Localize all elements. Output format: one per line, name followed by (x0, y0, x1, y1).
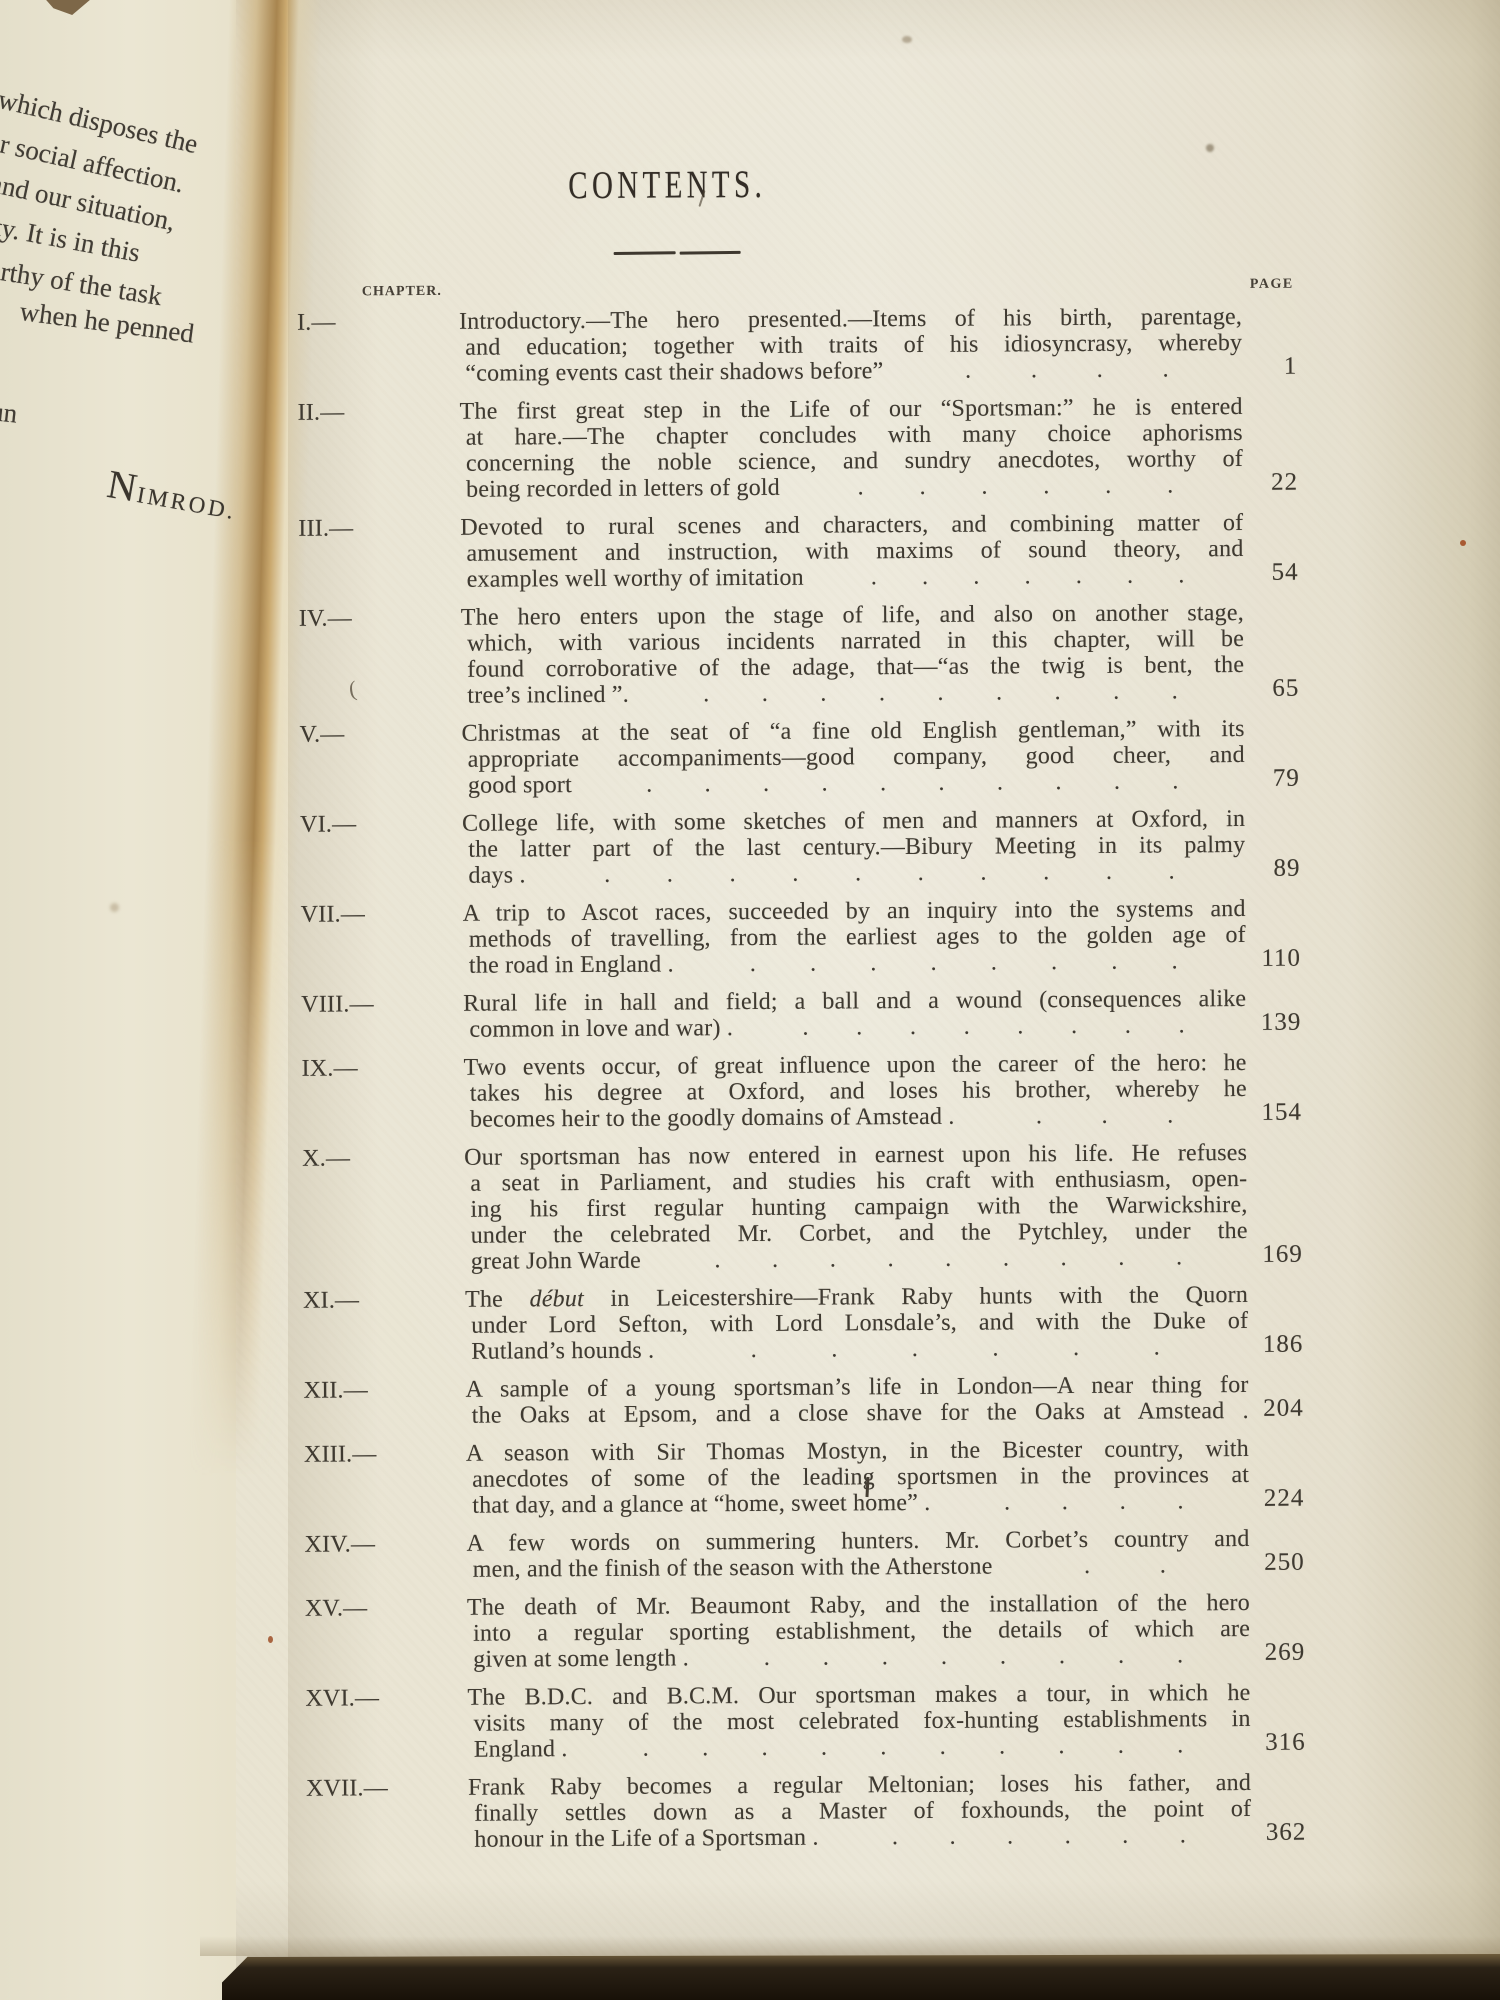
foxing-speck (902, 36, 912, 43)
leader-dot: . (1055, 769, 1061, 795)
entry-line-text: given at some length . (473, 1645, 689, 1672)
leader-dot: . (764, 1645, 770, 1671)
leader-dot: . (1071, 1013, 1077, 1039)
entry-line-text: tree’s inclined ”. (467, 682, 629, 709)
leader-dot: . (1160, 1552, 1166, 1578)
entry-line-text: Rutland’s hounds . (471, 1338, 654, 1365)
leader-dot: . (810, 951, 816, 977)
page-number: 362 (1266, 1819, 1307, 1847)
leader-dot: . (1031, 357, 1037, 383)
leader-dot: . (1076, 563, 1082, 589)
leader-dot: . (981, 474, 987, 500)
leader-dot: . (856, 1014, 862, 1040)
foxing-speck (1206, 144, 1214, 152)
page-number: 110 (1261, 945, 1301, 973)
leader-dot: . (820, 681, 826, 707)
leader-dots: .. (992, 1552, 1249, 1580)
book-scan-page: which disposes theer social affection.an… (0, 0, 1500, 2000)
entry-line: being recorded in letters of gold...... (298, 472, 1243, 504)
leader-dot: . (1105, 473, 1111, 499)
entry-line-text: examples well worthy of imitation (467, 565, 804, 593)
leader-dot: . (1036, 1103, 1042, 1129)
entry-line: Rutland’s hounds ....... (303, 1334, 1248, 1366)
leader-dot: . (1178, 562, 1184, 588)
leader-dot: . (931, 950, 937, 976)
toc-entry: IX.—Two events occur, of great influence… (302, 1050, 1302, 1134)
toc-entry: XV.—The death of Mr. Beaumont Raby, and … (305, 1590, 1305, 1674)
page-number: 54 (1272, 559, 1299, 587)
leader-dot: . (751, 1337, 757, 1363)
leader-dot: . (941, 1644, 947, 1670)
chapter-numeral: XII.— (304, 1377, 466, 1404)
page-number: 186 (1263, 1331, 1304, 1359)
page-number: 154 (1261, 1099, 1302, 1127)
leader-dot: . (1000, 1643, 1006, 1669)
leader-dot: . (702, 1735, 708, 1761)
chapter-numeral: VII.— (301, 901, 463, 928)
leader-dot: . (1062, 1489, 1068, 1515)
leader-dots: ...... (819, 1822, 1252, 1851)
leader-dot: . (792, 861, 798, 887)
chapter-numeral: VIII.— (301, 991, 463, 1018)
leader-dots: .... (930, 1488, 1249, 1516)
toc-entry: XVI.—The B.D.C. and B.C.M. Our sportsman… (305, 1680, 1305, 1764)
page-number: 22 (1271, 469, 1298, 497)
entry-line: given at some length ......... (305, 1642, 1250, 1674)
entry-line-text: England . (474, 1736, 568, 1763)
chapter-numeral: V.— (300, 721, 462, 748)
chapter-numeral: XV.— (305, 1595, 467, 1622)
chapter-numeral: VI.— (300, 811, 462, 838)
toc-entry: V.—Christmas at the seat of “a fine old … (300, 716, 1300, 800)
leader-dot: . (1162, 356, 1168, 382)
entry-line: examples well worthy of imitation....... (299, 562, 1244, 594)
leader-dots: ...... (780, 472, 1243, 501)
chapter-numeral: III.— (298, 515, 460, 542)
toc-entry: VII.—A trip to Ascot races, succeeded by… (301, 896, 1301, 980)
leader-dot: . (991, 949, 997, 975)
leader-dot: . (667, 861, 673, 887)
leader-dot: . (880, 770, 886, 796)
leader-dot: . (830, 1246, 836, 1272)
entry-line-text: good sport (468, 772, 572, 799)
leader-dot: . (703, 681, 709, 707)
entry-line-text: great John Warde (471, 1248, 641, 1275)
entry-line-text: days . (468, 862, 525, 888)
chapter-numeral: XIV.— (304, 1531, 466, 1558)
leader-dot: . (1178, 1012, 1184, 1038)
leader-dot: . (918, 860, 924, 886)
leader-dots: .... (883, 356, 1242, 384)
leader-dots: ... (955, 1102, 1247, 1130)
toc-entry: I.—Introductory.—The hero presented.—Ite… (297, 304, 1297, 388)
leader-dot: . (823, 1645, 829, 1671)
leader-dot: . (821, 1735, 827, 1761)
leader-dot: . (1118, 1245, 1124, 1271)
leader-dot: . (730, 861, 736, 887)
leader-dot: . (1003, 1245, 1009, 1271)
leader-dot: . (910, 1014, 916, 1040)
leader-dot: . (855, 860, 861, 886)
leader-dot: . (912, 1336, 918, 1362)
entry-line: the road in England ......... (301, 948, 1246, 980)
chapter-numeral: IV.— (299, 605, 461, 632)
leader-dots: ........ (689, 1642, 1250, 1671)
leader-dots: ....... (804, 562, 1244, 591)
toc-entry: XI.—The début in Leicestershire—Frank Ra… (303, 1282, 1303, 1366)
leader-dot: . (1043, 473, 1049, 499)
entry-line: great John Warde......... (303, 1244, 1248, 1276)
leader-dot: . (973, 564, 979, 590)
leader-dot: . (965, 358, 971, 384)
toc-entry: III.—Devoted to rural scenes and charact… (298, 510, 1298, 594)
toc-entry: XIII.—A season with Sir Thomas Mostyn, i… (304, 1436, 1304, 1520)
toc-entry: VI.—College life, with some sketches of … (300, 806, 1300, 890)
leader-dot: . (1180, 1822, 1186, 1848)
leader-dot: . (938, 770, 944, 796)
toc-entry: IV.—The hero enters upon the stage of li… (299, 600, 1300, 710)
leader-dot: . (870, 950, 876, 976)
leader-dot: . (1177, 1488, 1183, 1514)
leader-dot: . (880, 1734, 886, 1760)
leader-dots: ......... (629, 678, 1245, 708)
leader-dot: . (882, 1644, 888, 1670)
leader-dot: . (887, 1246, 893, 1272)
entry-line: becomes heir to the goodly domains of Am… (302, 1102, 1247, 1134)
leader-dots: .......... (572, 768, 1245, 798)
page-number: 89 (1273, 855, 1300, 883)
leader-dots: .......... (526, 858, 1246, 888)
leader-dot: . (772, 1247, 778, 1273)
leader-dot: . (1055, 679, 1061, 705)
leader-dot: . (1061, 1245, 1067, 1271)
chapter-numeral: X.— (302, 1145, 464, 1172)
leader-dot: . (1172, 948, 1178, 974)
leader-dot: . (919, 474, 925, 500)
leader-dot: . (1114, 769, 1120, 795)
entry-line: “coming events cast their shadows before… (297, 356, 1242, 388)
leader-dot: . (705, 771, 711, 797)
leader-dot: . (761, 1735, 767, 1761)
chapter-numeral: XI.— (303, 1287, 465, 1314)
chapter-numeral: XVI.— (305, 1685, 467, 1712)
leader-dot: . (1004, 1489, 1010, 1515)
page-number: 316 (1265, 1729, 1306, 1757)
entry-line: honour in the Life of a Sportsman ......… (306, 1822, 1251, 1854)
leader-dot: . (1154, 1335, 1160, 1361)
leader-dot: . (992, 1335, 998, 1361)
leader-dot: . (604, 862, 610, 888)
leader-dot: . (1111, 949, 1117, 975)
foxing-speck (1460, 540, 1466, 546)
leader-dots: .......... (567, 1732, 1250, 1762)
leader-dot: . (1169, 858, 1175, 884)
toc-entry: VIII.—Rural life in hall and field; a ba… (301, 986, 1301, 1044)
toc-entry: II.—The first great step in the Life of … (298, 394, 1299, 504)
leader-dot: . (1073, 1335, 1079, 1361)
chapter-numeral: XVII.— (306, 1775, 468, 1802)
leader-dots: ...... (654, 1334, 1248, 1364)
leader-dots: ........ (733, 1012, 1247, 1041)
leader-dot: . (1167, 472, 1173, 498)
leader-dot: . (1043, 859, 1049, 885)
leader-dots: ........ (674, 948, 1246, 977)
leader-dot: . (1007, 1823, 1013, 1849)
entry-line-text: honour in the Life of a Sportsman . (474, 1825, 818, 1853)
leader-dot: . (996, 679, 1002, 705)
leader-dot: . (763, 771, 769, 797)
leader-dot: . (1122, 1823, 1128, 1849)
foxing-speck (110, 903, 119, 912)
leader-dot: . (1059, 1643, 1065, 1669)
leader-dot: . (1167, 1102, 1173, 1128)
toc-entry: XII.—A sample of a young sportsman’s lif… (304, 1372, 1304, 1430)
entry-line-text: men, and the finish of the season with t… (473, 1554, 993, 1583)
leader-dot: . (1172, 768, 1178, 794)
leader-dot: . (1120, 1489, 1126, 1515)
leader-dot: . (1176, 1244, 1182, 1270)
entry-line: that day, and a glance at “home, sweet h… (304, 1488, 1249, 1520)
leader-dot: . (643, 1736, 649, 1762)
chapter-column-label: CHAPTER. (362, 284, 442, 300)
leader-dot: . (964, 1014, 970, 1040)
page-number: 79 (1273, 765, 1300, 793)
entry-line-text: that day, and a glance at “home, sweet h… (472, 1490, 930, 1519)
entry-line: days ........... (300, 858, 1245, 890)
leader-dot: . (802, 1015, 808, 1041)
leader-dot: . (821, 771, 827, 797)
leader-dot: . (949, 1824, 955, 1850)
toc-entry: XIV.—A few words on summering hunters. M… (304, 1526, 1304, 1584)
leader-dot: . (1097, 357, 1103, 383)
leader-dot: . (1127, 563, 1133, 589)
page-number: 169 (1262, 1241, 1303, 1269)
leader-dot: . (871, 564, 877, 590)
leader-dot: . (714, 1247, 720, 1273)
leader-dot: . (980, 860, 986, 886)
book-bottom-edge (222, 1954, 1500, 2000)
foxing-speck (268, 1636, 273, 1643)
leader-dot: . (858, 474, 864, 500)
entry-line: good sport.......... (300, 768, 1245, 800)
leader-dot: . (1102, 1103, 1108, 1129)
leader-dot: . (1172, 678, 1178, 704)
entry-line-text: common in love and war) . (469, 1015, 733, 1043)
leader-dots: ......... (641, 1244, 1248, 1274)
leader-dot: . (922, 564, 928, 590)
leader-dot: . (1017, 1013, 1023, 1039)
leader-dot: . (1058, 1733, 1064, 1759)
leader-dot: . (1118, 1733, 1124, 1759)
leader-dot: . (1025, 563, 1031, 589)
page-number: 250 (1264, 1549, 1305, 1577)
leader-dot: . (879, 680, 885, 706)
page-title: CONTENTS. (568, 162, 766, 208)
leader-dot: . (999, 1733, 1005, 1759)
leader-dot: . (762, 681, 768, 707)
leader-dot: . (892, 1824, 898, 1850)
chapter-numeral: II.— (298, 399, 460, 426)
chapter-numeral: I.— (297, 309, 459, 336)
leader-dot: . (997, 769, 1003, 795)
page-number: 224 (1264, 1485, 1305, 1513)
title-rule (680, 251, 741, 255)
leader-dot: . (1177, 1732, 1183, 1758)
entry-line: England ........... (306, 1732, 1251, 1764)
page-number: 204 (1263, 1395, 1304, 1423)
page-number: 269 (1265, 1639, 1306, 1667)
leader-dot: . (1113, 679, 1119, 705)
toc-entry: XVII.—Frank Raby becomes a regular Melto… (306, 1770, 1306, 1854)
page-number: 139 (1261, 1009, 1302, 1037)
leader-dot: . (750, 951, 756, 977)
entry-line: tree’s inclined ”.......... (299, 678, 1244, 710)
leader-dot: . (1051, 949, 1057, 975)
leader-dot: . (1065, 1823, 1071, 1849)
leader-dot: . (831, 1336, 837, 1362)
leader-dot: . (1125, 1013, 1131, 1039)
leader-dot: . (937, 680, 943, 706)
chapter-numeral: XIII.— (304, 1441, 466, 1468)
leader-dot: . (1177, 1642, 1183, 1668)
leader-dot: . (1118, 1643, 1124, 1669)
title-rule (614, 251, 676, 255)
leader-dot: . (646, 772, 652, 798)
leader-dot: . (1106, 859, 1112, 885)
leader-dot: . (945, 1246, 951, 1272)
page-bottom-shadow (200, 1936, 1500, 1956)
page-column-label: PAGE (1250, 277, 1294, 293)
entry-line-text: the road in England . (469, 951, 674, 978)
entry-line-text: becomes heir to the goodly domains of Am… (470, 1104, 955, 1133)
contents-page: CONTENTS. CHAPTER. PAGE I.—Introductory.… (0, 0, 1500, 2000)
page-number: 65 (1272, 675, 1299, 703)
toc-entries: I.—Introductory.—The hero presented.—Ite… (297, 304, 1306, 1866)
entry-line-text: being recorded in letters of gold (466, 475, 780, 503)
chapter-numeral: IX.— (302, 1055, 464, 1082)
toc-entry: X.—Our sportsman has now entered in earn… (302, 1140, 1303, 1276)
page-number: 1 (1284, 353, 1298, 381)
entry-line-text: “coming events cast their shadows before… (465, 358, 883, 387)
leader-dot: . (1084, 1553, 1090, 1579)
leader-dot: . (940, 1734, 946, 1760)
